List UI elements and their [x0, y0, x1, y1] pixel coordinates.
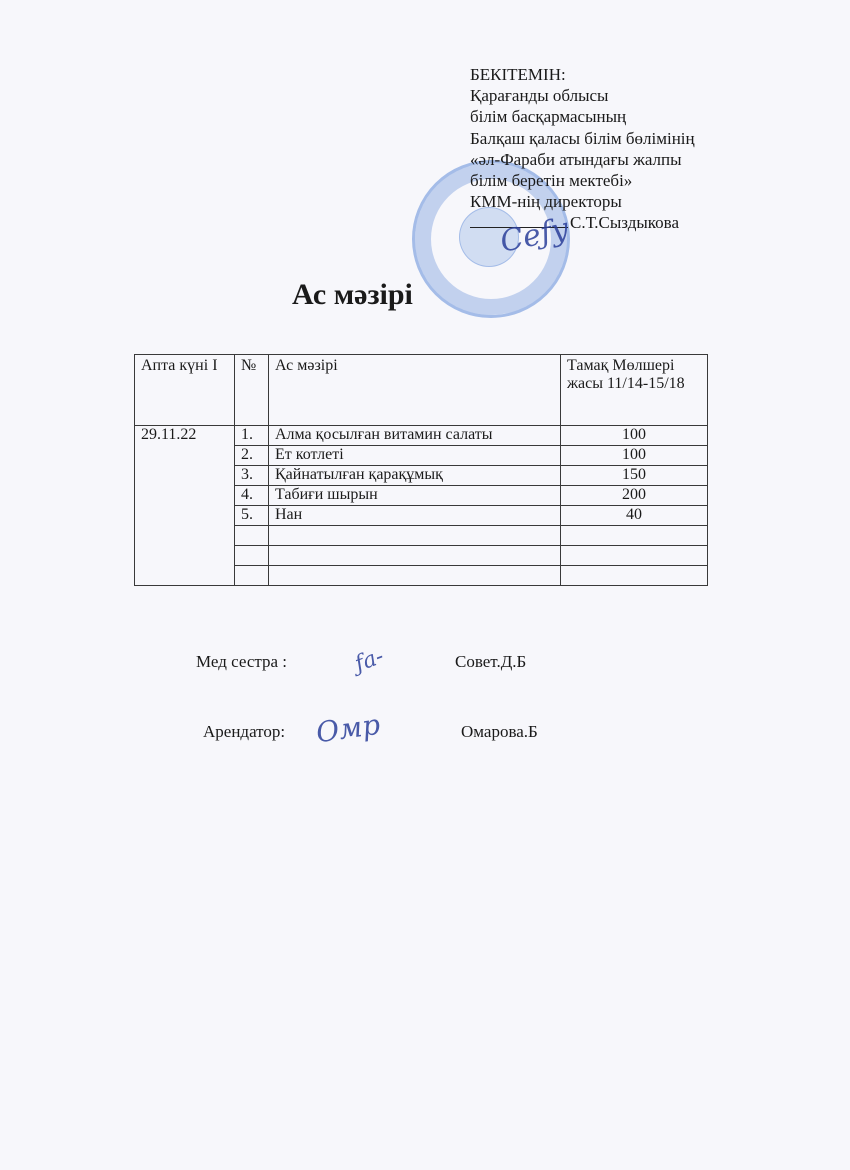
- header-amount: Тамақ Мөлшері жасы 11/14-15/18: [561, 355, 708, 426]
- menu-table: Апта күні I № Ас мәзірі Тамақ Мөлшері жа…: [134, 354, 708, 586]
- row-dish: Алма қосылған витамин салаты: [269, 426, 561, 446]
- row-dish: Табиғи шырын: [269, 486, 561, 506]
- row-amount: 100: [561, 446, 708, 466]
- row-amount: 150: [561, 466, 708, 486]
- page-title: Ас мәзірі: [292, 278, 413, 312]
- tenant-signature: Омр: [314, 708, 382, 750]
- row-number: 5.: [235, 506, 269, 526]
- row-dish: [269, 546, 561, 566]
- row-amount: [561, 546, 708, 566]
- table-row: 29.11.22 1. Алма қосылған витамин салаты…: [135, 426, 708, 446]
- row-amount: 40: [561, 506, 708, 526]
- approval-heading: БЕКІТЕМІН:: [470, 64, 695, 85]
- nurse-label: Мед сестра :: [196, 652, 287, 672]
- header-day: Апта күні I: [135, 355, 235, 426]
- row-amount: [561, 566, 708, 586]
- row-number: 2.: [235, 446, 269, 466]
- director-name: С.Т.Сыздыкова: [570, 213, 679, 232]
- header-menu: Ас мәзірі: [269, 355, 561, 426]
- row-dish: [269, 526, 561, 546]
- row-number: 3.: [235, 466, 269, 486]
- row-number: 4.: [235, 486, 269, 506]
- row-amount: [561, 526, 708, 546]
- tenant-label: Арендатор:: [203, 722, 285, 742]
- row-number: [235, 566, 269, 586]
- approval-line: Қарағанды облысы: [470, 85, 695, 106]
- row-number: 1.: [235, 426, 269, 446]
- row-dish: [269, 566, 561, 586]
- row-dish: Нан: [269, 506, 561, 526]
- row-dish: Қайнатылған қарақұмық: [269, 466, 561, 486]
- row-number: [235, 526, 269, 546]
- header-number: №: [235, 355, 269, 426]
- row-amount: 200: [561, 486, 708, 506]
- nurse-signature: ƒa-: [352, 644, 388, 677]
- table-header-row: Апта күні I № Ас мәзірі Тамақ Мөлшері жа…: [135, 355, 708, 426]
- approval-line: білім беретін мектебі»: [470, 170, 695, 191]
- approval-line: білім басқармасының: [470, 106, 695, 127]
- approval-block: БЕКІТЕМІН: Қарағанды облысы білім басқар…: [470, 64, 695, 234]
- row-amount: 100: [561, 426, 708, 446]
- tenant-name: Омарова.Б: [461, 722, 538, 742]
- row-dish: Ет котлеті: [269, 446, 561, 466]
- approval-line: КММ-нің директоры: [470, 191, 695, 212]
- approval-line: «әл-Фараби атындағы жалпы: [470, 149, 695, 170]
- row-number: [235, 546, 269, 566]
- date-cell: 29.11.22: [135, 426, 235, 586]
- nurse-name: Совет.Д.Б: [455, 652, 526, 672]
- approval-line: Балқаш қаласы білім бөлімінің: [470, 128, 695, 149]
